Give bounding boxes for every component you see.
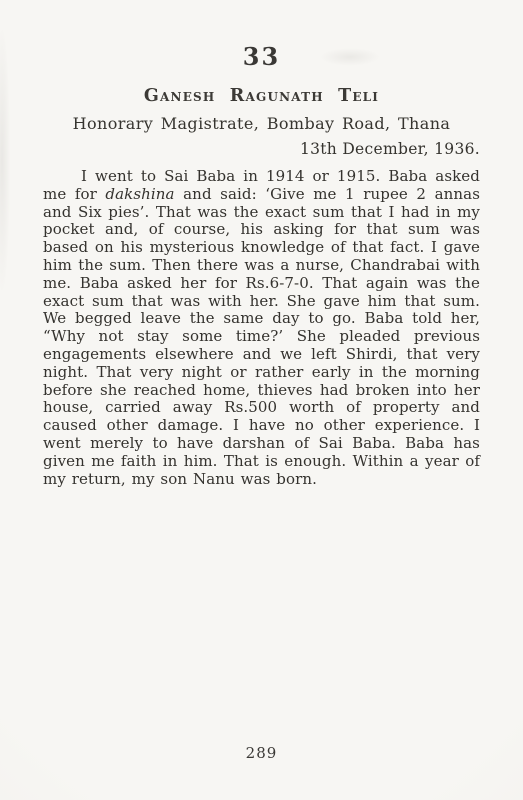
dateline: 13th December, 1936. <box>0 140 480 158</box>
chapter-title: Ganesh Ragunath Teli <box>0 86 523 106</box>
book-page: 33 Ganesh Ragunath Teli Honorary Magistr… <box>0 0 523 800</box>
chapter-subtitle: Honorary Magistrate, Bombay Road, Thana <box>0 114 523 133</box>
chapter-number: 33 <box>0 0 523 71</box>
body-text-italic-word: dakshina <box>105 185 174 203</box>
body-text-rest: and said: ‘Give me 1 rupee 2 annas and S… <box>43 185 480 488</box>
body-paragraph: I went to Sai Baba in 1914 or 1915. Baba… <box>43 168 480 488</box>
page-number: 289 <box>0 744 523 762</box>
